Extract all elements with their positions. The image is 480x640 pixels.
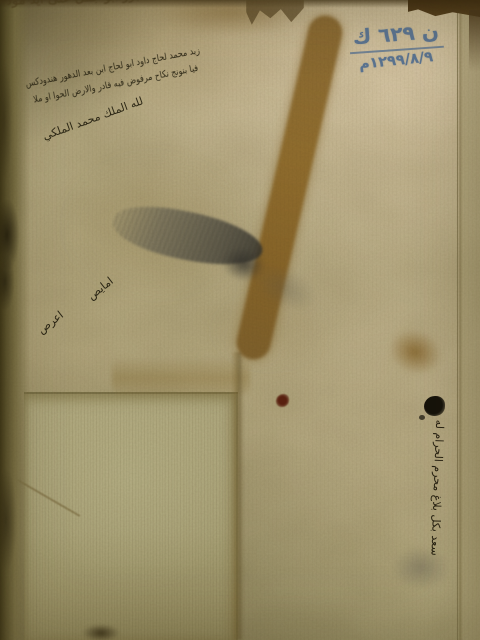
fore-edge-fold bbox=[457, 0, 480, 640]
right-edge-dark-top bbox=[469, 10, 480, 72]
catalog-inscription: ن ٦٢٩ ك ١٢٩٩/٨/٩م bbox=[336, 22, 456, 69]
brown-streak-end-blob bbox=[382, 322, 448, 382]
bottom-edge-dark-spot bbox=[82, 624, 120, 640]
vertical-margin-inscription: سعد بكل بلاغ محرم الحرام له bbox=[428, 424, 446, 556]
stain-band-above-patch bbox=[112, 357, 250, 395]
corner-shadow-bottom-right bbox=[410, 570, 480, 640]
ink-blot bbox=[424, 396, 445, 416]
vertical-crease-stain bbox=[231, 352, 244, 640]
manuscript-flyleaf-photo: برو ابو جمل على ايد مود زيد محمد لحاج دا… bbox=[0, 0, 480, 640]
red-ink-dot bbox=[276, 394, 289, 407]
binding-gutter-shadow bbox=[0, 0, 30, 640]
main-inscription: زيد محمد لحاج داود ابو لحاج ابن بعد الده… bbox=[24, 42, 205, 109]
pasted-repair-patch bbox=[24, 392, 238, 640]
side-mark-lower: اعرص bbox=[35, 308, 66, 336]
